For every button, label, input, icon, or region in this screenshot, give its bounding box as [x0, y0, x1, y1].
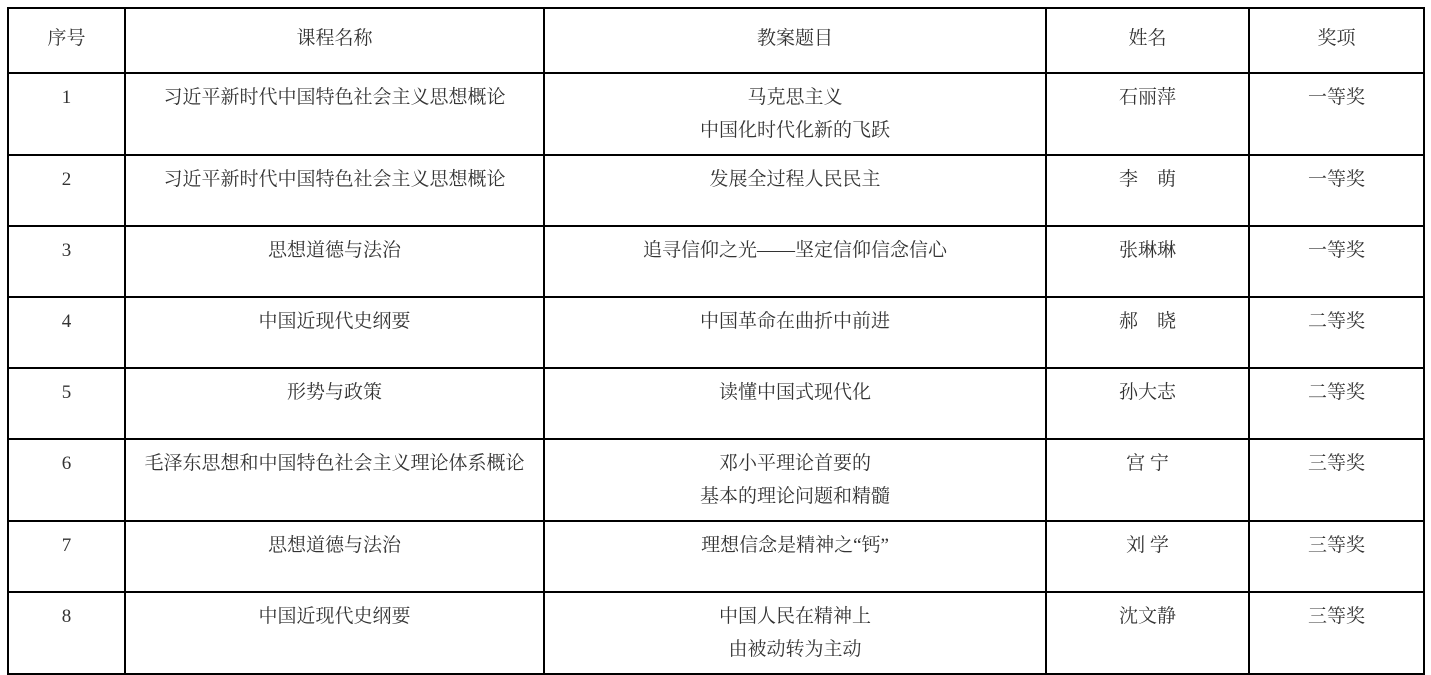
col-header-no: 序号	[8, 8, 125, 73]
table-row: 3思想道德与法治追寻信仰之光——坚定信仰信念信心张琳琳一等奖	[8, 226, 1424, 297]
cell-title-line: 基本的理论问题和精髓	[545, 480, 1045, 513]
col-header-title: 教案题目	[544, 8, 1046, 73]
cell-name: 刘 学	[1046, 521, 1249, 592]
cell-course: 习近平新时代中国特色社会主义思想概论	[125, 73, 544, 155]
cell-course: 毛泽东思想和中国特色社会主义理论体系概论	[125, 439, 544, 521]
col-header-award: 奖项	[1249, 8, 1424, 73]
header-row: 序号课程名称教案题目姓名奖项	[8, 8, 1424, 73]
cell-award: 二等奖	[1249, 297, 1424, 368]
cell-title-line: 理想信念是精神之“钙”	[545, 529, 1045, 562]
cell-name: 郝 晓	[1046, 297, 1249, 368]
cell-name: 孙大志	[1046, 368, 1249, 439]
cell-no: 5	[8, 368, 125, 439]
cell-award: 一等奖	[1249, 155, 1424, 226]
cell-title-line: 发展全过程人民民主	[545, 163, 1045, 196]
cell-course: 中国近现代史纲要	[125, 297, 544, 368]
table-row: 6毛泽东思想和中国特色社会主义理论体系概论邓小平理论首要的基本的理论问题和精髓宫…	[8, 439, 1424, 521]
table-row: 7思想道德与法治理想信念是精神之“钙”刘 学三等奖	[8, 521, 1424, 592]
cell-award: 三等奖	[1249, 439, 1424, 521]
award-table: 序号课程名称教案题目姓名奖项 1习近平新时代中国特色社会主义思想概论马克思主义中…	[7, 7, 1425, 675]
cell-no: 2	[8, 155, 125, 226]
cell-no: 7	[8, 521, 125, 592]
cell-title-line: 中国化时代化新的飞跃	[545, 114, 1045, 147]
cell-award: 二等奖	[1249, 368, 1424, 439]
cell-name: 石丽萍	[1046, 73, 1249, 155]
cell-no: 6	[8, 439, 125, 521]
cell-no: 8	[8, 592, 125, 674]
award-table-body: 1习近平新时代中国特色社会主义思想概论马克思主义中国化时代化新的飞跃石丽萍一等奖…	[8, 73, 1424, 674]
award-table-header: 序号课程名称教案题目姓名奖项	[8, 8, 1424, 73]
table-row: 2习近平新时代中国特色社会主义思想概论发展全过程人民民主李 萌一等奖	[8, 155, 1424, 226]
cell-award: 一等奖	[1249, 226, 1424, 297]
cell-title: 理想信念是精神之“钙”	[544, 521, 1046, 592]
cell-no: 4	[8, 297, 125, 368]
cell-course: 习近平新时代中国特色社会主义思想概论	[125, 155, 544, 226]
cell-award: 三等奖	[1249, 521, 1424, 592]
cell-course: 形势与政策	[125, 368, 544, 439]
col-header-name: 姓名	[1046, 8, 1249, 73]
table-row: 1习近平新时代中国特色社会主义思想概论马克思主义中国化时代化新的飞跃石丽萍一等奖	[8, 73, 1424, 155]
cell-title: 发展全过程人民民主	[544, 155, 1046, 226]
col-header-course: 课程名称	[125, 8, 544, 73]
cell-title: 邓小平理论首要的基本的理论问题和精髓	[544, 439, 1046, 521]
cell-title: 追寻信仰之光——坚定信仰信念信心	[544, 226, 1046, 297]
cell-award: 一等奖	[1249, 73, 1424, 155]
cell-title: 马克思主义中国化时代化新的飞跃	[544, 73, 1046, 155]
cell-title: 中国人民在精神上由被动转为主动	[544, 592, 1046, 674]
cell-title-line: 读懂中国式现代化	[545, 376, 1045, 409]
cell-course: 思想道德与法治	[125, 226, 544, 297]
table-row: 5形势与政策读懂中国式现代化孙大志二等奖	[8, 368, 1424, 439]
cell-title-line: 中国人民在精神上	[545, 600, 1045, 633]
cell-title-line: 由被动转为主动	[545, 633, 1045, 666]
cell-title: 中国革命在曲折中前进	[544, 297, 1046, 368]
cell-name: 沈文静	[1046, 592, 1249, 674]
cell-award: 三等奖	[1249, 592, 1424, 674]
cell-name: 宫 宁	[1046, 439, 1249, 521]
cell-title-line: 中国革命在曲折中前进	[545, 305, 1045, 338]
cell-name: 张琳琳	[1046, 226, 1249, 297]
cell-title-line: 马克思主义	[545, 81, 1045, 114]
cell-name: 李 萌	[1046, 155, 1249, 226]
cell-no: 3	[8, 226, 125, 297]
cell-no: 1	[8, 73, 125, 155]
table-row: 8中国近现代史纲要中国人民在精神上由被动转为主动沈文静三等奖	[8, 592, 1424, 674]
cell-title: 读懂中国式现代化	[544, 368, 1046, 439]
cell-course: 思想道德与法治	[125, 521, 544, 592]
table-row: 4中国近现代史纲要中国革命在曲折中前进郝 晓二等奖	[8, 297, 1424, 368]
cell-course: 中国近现代史纲要	[125, 592, 544, 674]
cell-title-line: 邓小平理论首要的	[545, 447, 1045, 480]
cell-title-line: 追寻信仰之光——坚定信仰信念信心	[545, 234, 1045, 267]
